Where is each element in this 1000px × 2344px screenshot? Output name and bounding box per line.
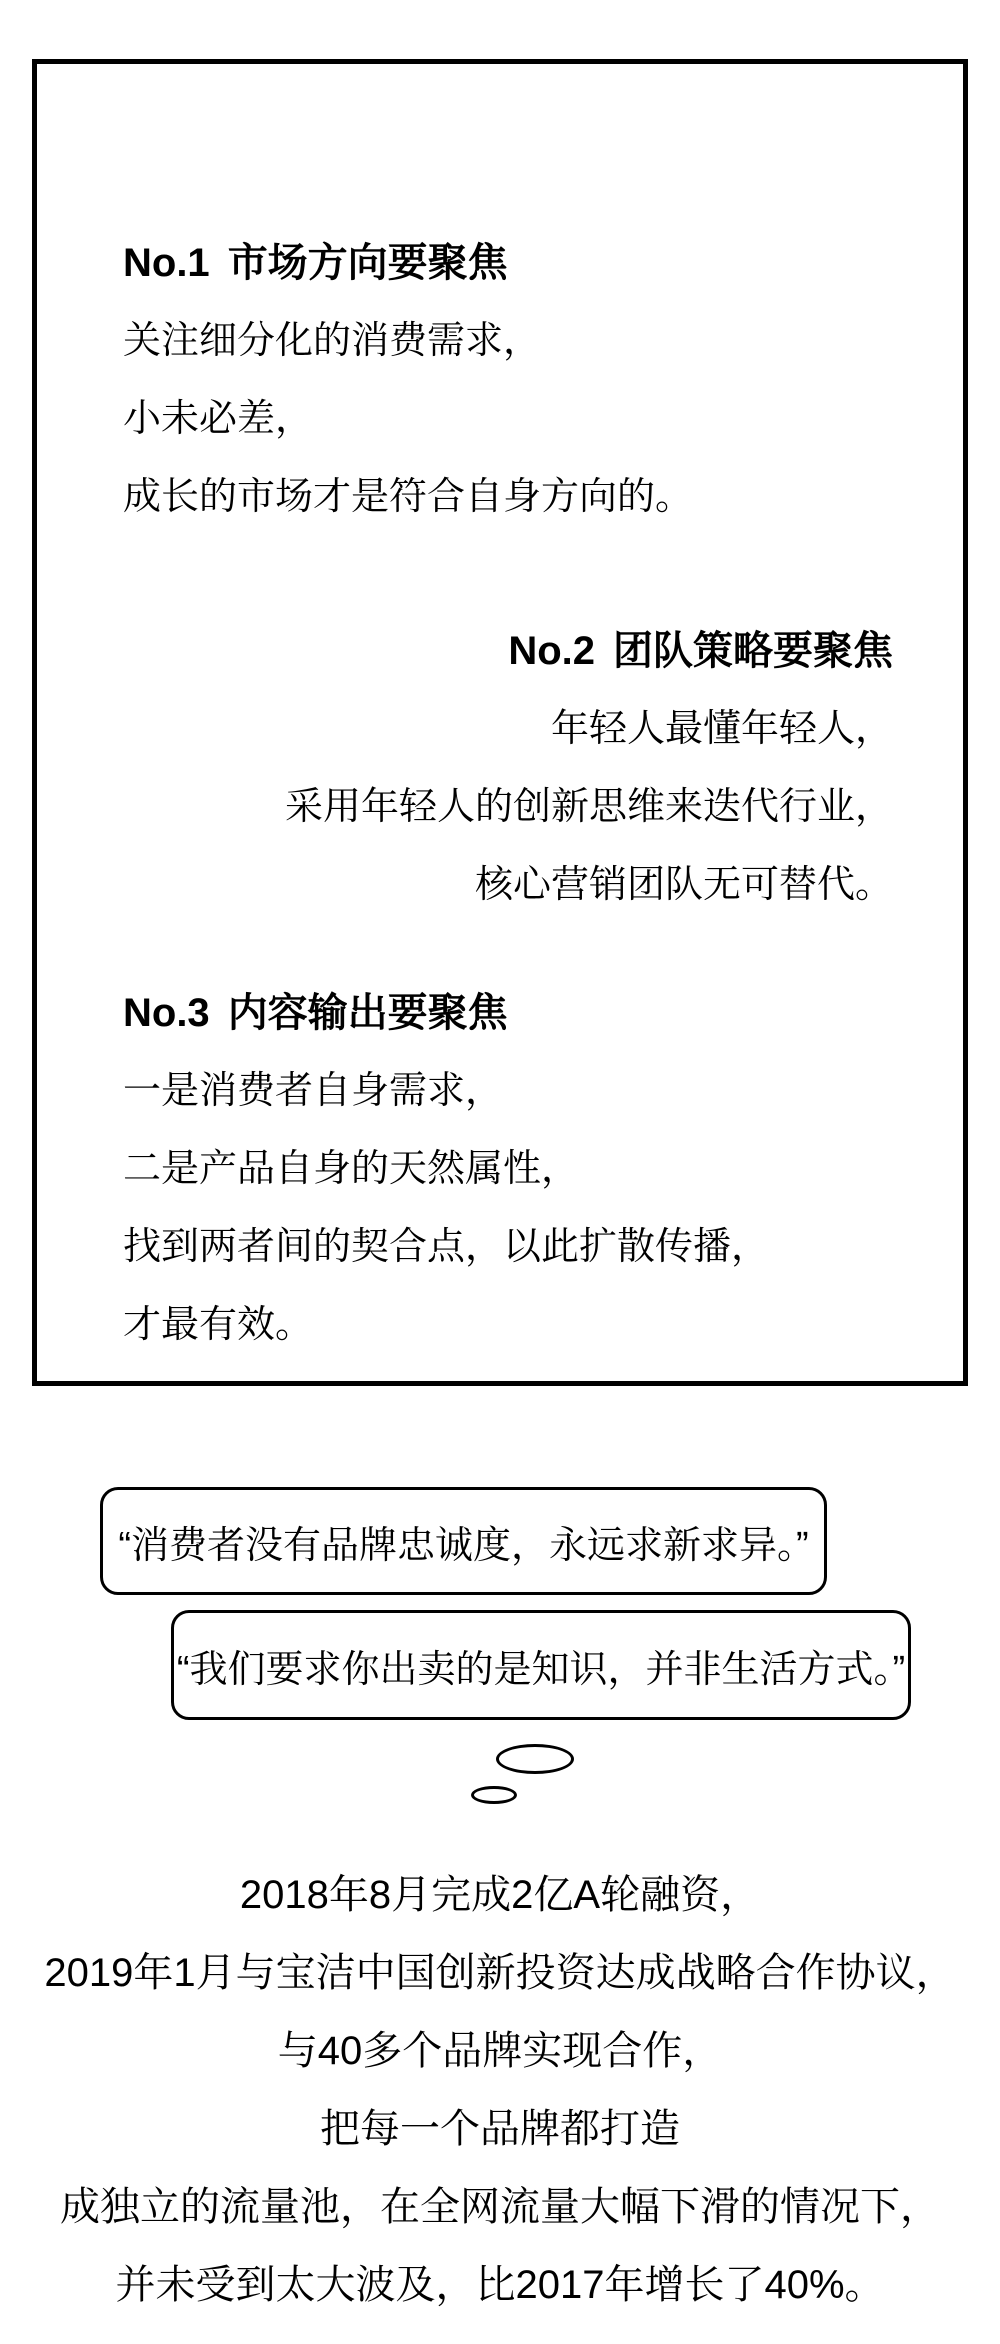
section-no2-heading: No.2团队策略要聚焦 [285,612,893,690]
section-line: 找到两者间的契合点，以此扩散传播， [123,1208,769,1286]
page: No.1市场方向要聚焦 关注细分化的消费需求， 小未必差， 成长的市场才是符合自… [0,0,1000,2344]
section-line: 年轻人最懂年轻人， [285,690,893,768]
section-line: 一是消费者自身需求， [123,1052,769,1130]
summary-line: 与40多个品牌实现合作， [0,2012,1000,2090]
thought-bubble-small-ellipse [471,1786,517,1804]
section-line: 才最有效。 [123,1286,769,1364]
section-no2-number: No.2 [508,612,595,690]
section-line: 二是产品自身的天然属性， [123,1130,769,1208]
quote-bubble-2-text: “我们要求你出卖的是知识，并非生活方式。” [177,1638,905,1693]
section-line: 采用年轻人的创新思维来迭代行业， [285,768,893,846]
highlight-box: No.1市场方向要聚焦 关注细分化的消费需求， 小未必差， 成长的市场才是符合自… [32,59,968,1386]
summary-line: 成独立的流量池，在全网流量大幅下滑的情况下， [0,2168,1000,2246]
section-no2-title: 团队策略要聚焦 [613,629,893,673]
quote-bubble-2: “我们要求你出卖的是知识，并非生活方式。” [171,1610,911,1720]
summary-line: 把每一个品牌都打造 [0,2090,1000,2168]
section-no3-title: 内容输出要聚焦 [228,991,508,1035]
quote-bubble-1: “消费者没有品牌忠诚度，永远求新求异。” [100,1487,827,1595]
thought-bubble-large-ellipse [496,1744,574,1774]
summary-line: 2018年8月完成2亿A轮融资， [0,1856,1000,1934]
section-no3-heading: No.3内容输出要聚焦 [123,974,769,1052]
section-no2: No.2团队策略要聚焦 年轻人最懂年轻人， 采用年轻人的创新思维来迭代行业， 核… [285,612,893,924]
summary-line: 2019年1月与宝洁中国创新投资达成战略合作协议， [0,1934,1000,2012]
section-no1-heading: No.1市场方向要聚焦 [123,224,693,302]
quote-bubble-1-text: “消费者没有品牌忠诚度，永远求新求异。” [118,1514,808,1569]
funding-summary: 2018年8月完成2亿A轮融资， 2019年1月与宝洁中国创新投资达成战略合作协… [0,1856,1000,2324]
section-no1-title: 市场方向要聚焦 [228,241,508,285]
section-no1-number: No.1 [123,224,210,302]
section-line: 小未必差， [123,380,693,458]
section-line: 关注细分化的消费需求， [123,302,693,380]
summary-line: 并未受到太大波及，比2017年增长了40%。 [0,2246,1000,2324]
section-no3-number: No.3 [123,974,210,1052]
section-line: 成长的市场才是符合自身方向的。 [123,458,693,536]
section-no1: No.1市场方向要聚焦 关注细分化的消费需求， 小未必差， 成长的市场才是符合自… [123,224,693,536]
section-no3: No.3内容输出要聚焦 一是消费者自身需求， 二是产品自身的天然属性， 找到两者… [123,974,769,1364]
section-line: 核心营销团队无可替代。 [285,846,893,924]
